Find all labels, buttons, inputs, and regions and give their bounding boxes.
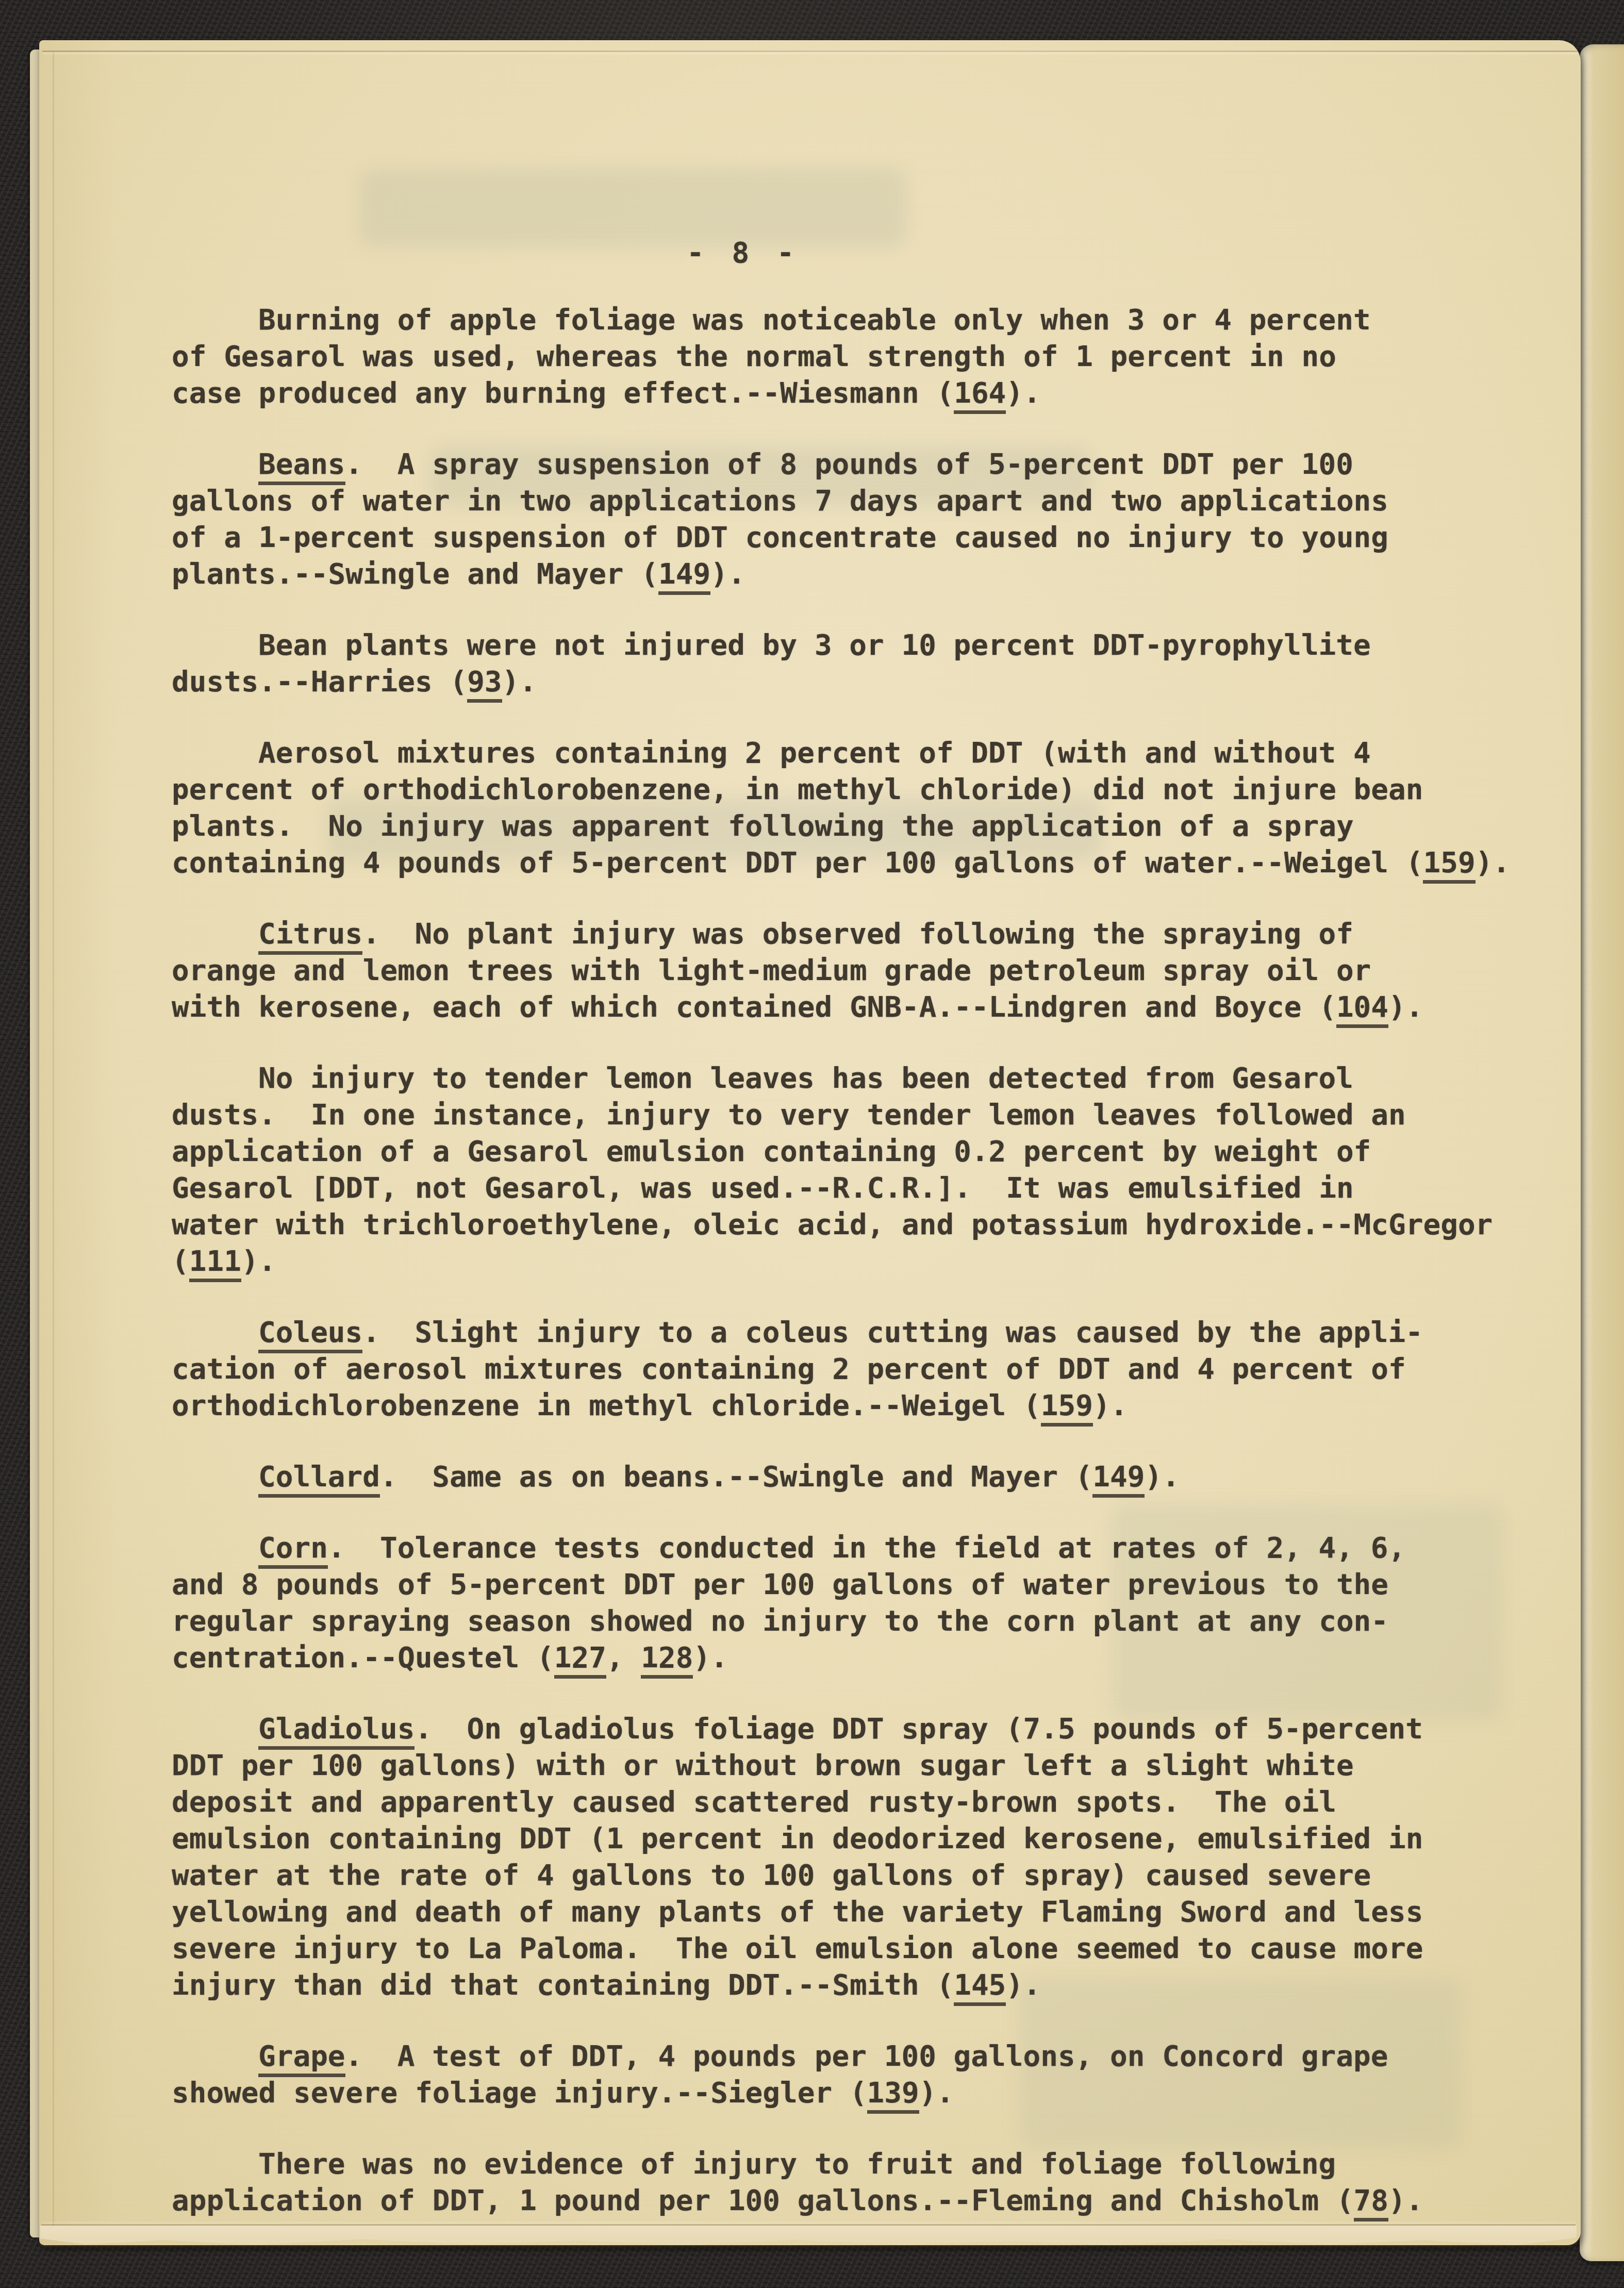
- text-segment: . On gladiolus foliage DDT spray (7.5 po…: [415, 1712, 1422, 1746]
- text-segment: dusts. In one instance, injury to very t…: [172, 1098, 1406, 1132]
- text-segment: . A spray suspension of 8 pounds of 5-pe…: [345, 447, 1353, 481]
- text-line: emulsion containing DDT (1 percent in de…: [172, 1820, 1574, 1857]
- text-segment: ).: [919, 2076, 954, 2110]
- paragraph: No injury to tender lemon leaves has bee…: [172, 1060, 1574, 1280]
- text-line: case produced any burning effect.--Wiesm…: [172, 375, 1574, 411]
- text-line: plants. No injury was apparent following…: [172, 808, 1574, 844]
- text-segment: orthodichlorobenzene in methyl chloride.…: [172, 1389, 1041, 1422]
- text-line: Citrus. No plant injury was observed fol…: [172, 916, 1574, 952]
- text-segment: showed severe foliage injury.--Siegler (: [172, 2076, 867, 2110]
- show-through: [359, 169, 905, 246]
- text-line: with kerosene, each of which contained G…: [172, 989, 1574, 1025]
- text-segment: of a 1-percent suspension of DDT concent…: [172, 521, 1388, 554]
- text-line: Coleus. Slight injury to a coleus cuttin…: [172, 1314, 1574, 1351]
- text-line: deposit and apparently caused scattered …: [172, 1784, 1574, 1820]
- text-line: of a 1-percent suspension of DDT concent…: [172, 519, 1574, 556]
- underlined-text: 128: [641, 1641, 693, 1679]
- text-segment: (: [172, 1245, 189, 1278]
- underlined-text: 159: [1041, 1389, 1093, 1427]
- text-segment: Burning of apple foliage was noticeable …: [258, 303, 1371, 337]
- text-segment: ).: [1388, 990, 1423, 1024]
- text-line: Collard. Same as on beans.--Swingle and …: [172, 1458, 1574, 1495]
- text-segment: application of DDT, 1 pound per 100 gall…: [172, 2184, 1354, 2217]
- text-segment: ).: [1388, 2184, 1423, 2217]
- text-line: Bean plants were not injured by 3 or 10 …: [172, 627, 1574, 664]
- text-segment: regular spraying season showed no injury…: [172, 1604, 1388, 1638]
- underlined-text: 145: [954, 1968, 1006, 2006]
- page-number: - 8 -: [687, 235, 800, 271]
- underlined-text: Gladiolus: [258, 1712, 415, 1750]
- text-segment: application of a Gesarol emulsion contai…: [172, 1135, 1371, 1168]
- text-segment: orange and lemon trees with light-medium…: [172, 954, 1371, 987]
- text-segment: Gesarol [DDT, not Gesarol, was used.--R.…: [172, 1171, 1354, 1205]
- text-line: DDT per 100 gallons) with or without bro…: [172, 1747, 1574, 1784]
- text-line: regular spraying season showed no injury…: [172, 1603, 1574, 1639]
- underlined-text: 93: [467, 665, 502, 703]
- text-segment: ).: [1476, 846, 1510, 880]
- text-line: orange and lemon trees with light-medium…: [172, 952, 1574, 989]
- text-line: application of DDT, 1 pound per 100 gall…: [172, 2182, 1574, 2219]
- text-line: water with trichloroethylene, oleic acid…: [172, 1206, 1574, 1243]
- text-line: centration.--Questel (127, 128).: [172, 1639, 1574, 1676]
- text-line: of Gesarol was used, whereas the normal …: [172, 338, 1574, 375]
- underlined-text: 127: [554, 1641, 606, 1679]
- text-line: plants.--Swingle and Mayer (149).: [172, 556, 1574, 592]
- text-line: injury than did that containing DDT.--Sm…: [172, 1967, 1574, 2003]
- text-segment: . Slight injury to a coleus cutting was …: [362, 1316, 1423, 1349]
- text-segment: containing 4 pounds of 5-percent DDT per…: [172, 846, 1423, 880]
- text-segment: case produced any burning effect.--Wiesm…: [172, 376, 954, 410]
- underlined-text: Coleus: [258, 1316, 362, 1353]
- text-segment: of Gesarol was used, whereas the normal …: [172, 340, 1336, 373]
- text-line: gallons of water in two applications 7 d…: [172, 483, 1574, 519]
- text-line: yellowing and death of many plants of th…: [172, 1894, 1574, 1930]
- next-page-edge: [1580, 44, 1624, 2261]
- text-segment: ).: [502, 665, 537, 699]
- paragraph: Bean plants were not injured by 3 or 10 …: [172, 627, 1574, 700]
- text-segment: . A test of DDT, 4 pounds per 100 gallon…: [345, 2040, 1388, 2073]
- text-line: No injury to tender lemon leaves has bee…: [172, 1060, 1574, 1097]
- paragraph: Citrus. No plant injury was observed fol…: [172, 916, 1574, 1025]
- text-segment: . Tolerance tests conducted in the field…: [328, 1531, 1405, 1565]
- text-segment: gallons of water in two applications 7 d…: [172, 484, 1388, 518]
- text-segment: injury than did that containing DDT.--Sm…: [172, 1968, 954, 2002]
- paragraph: Coleus. Slight injury to a coleus cuttin…: [172, 1314, 1574, 1424]
- text-segment: ,: [606, 1641, 641, 1674]
- scanned-book-photo: { "colors":{ "cover":"#262422", "paper":…: [0, 0, 1624, 2288]
- text-segment: ).: [241, 1245, 276, 1278]
- underlined-text: Corn: [258, 1531, 328, 1569]
- text-line: cation of aerosol mixtures containing 2 …: [172, 1351, 1574, 1387]
- text-line: Burning of apple foliage was noticeable …: [172, 302, 1574, 338]
- text-segment: ).: [693, 1641, 727, 1674]
- text-line: dusts.--Harries (93).: [172, 664, 1574, 700]
- paragraph: Gladiolus. On gladiolus foliage DDT spra…: [172, 1711, 1574, 2003]
- underlined-text: Collard: [258, 1460, 380, 1498]
- text-segment: severe injury to La Paloma. The oil emul…: [172, 1932, 1423, 1965]
- text-segment: water at the rate of 4 gallons to 100 ga…: [172, 1859, 1371, 1892]
- text-segment: cation of aerosol mixtures containing 2 …: [172, 1352, 1406, 1386]
- text-line: Beans. A spray suspension of 8 pounds of…: [172, 446, 1574, 483]
- paragraph: Aerosol mixtures containing 2 percent of…: [172, 735, 1574, 881]
- underlined-text: 111: [189, 1245, 241, 1282]
- paragraph: Corn. Tolerance tests conducted in the f…: [172, 1530, 1574, 1676]
- text-segment: ).: [710, 557, 745, 591]
- paragraph: Burning of apple foliage was noticeable …: [172, 302, 1574, 411]
- text-segment: dusts.--Harries (: [172, 665, 467, 699]
- text-segment: percent of orthodichlorobenzene, in meth…: [172, 773, 1423, 806]
- underlined-text: 78: [1354, 2184, 1388, 2221]
- text-segment: No injury to tender lemon leaves has bee…: [258, 1062, 1353, 1095]
- text-segment: There was no evidence of injury to fruit…: [258, 2147, 1336, 2181]
- page-under-edge: [30, 49, 39, 2237]
- underlined-text: 104: [1336, 990, 1388, 1028]
- text-segment: water with trichloroethylene, oleic acid…: [172, 1208, 1493, 1241]
- crease-line-top: [42, 51, 1578, 52]
- text-segment: ).: [1006, 1968, 1040, 2002]
- text-line: containing 4 pounds of 5-percent DDT per…: [172, 844, 1574, 881]
- text-line: Gladiolus. On gladiolus foliage DDT spra…: [172, 1711, 1574, 1747]
- text-line: percent of orthodichlorobenzene, in meth…: [172, 771, 1574, 808]
- text-segment: Aerosol mixtures containing 2 percent of…: [258, 736, 1371, 770]
- text-line: Corn. Tolerance tests conducted in the f…: [172, 1530, 1574, 1566]
- text-line: There was no evidence of injury to fruit…: [172, 2146, 1574, 2182]
- text-segment: DDT per 100 gallons) with or without bro…: [172, 1749, 1354, 1782]
- text-segment: yellowing and death of many plants of th…: [172, 1895, 1423, 1929]
- text-segment: ).: [1093, 1389, 1128, 1422]
- text-segment: plants. No injury was apparent following…: [172, 809, 1354, 843]
- underlined-text: 164: [954, 376, 1006, 414]
- paragraph: There was no evidence of injury to fruit…: [172, 2146, 1574, 2219]
- text-segment: . Same as on beans.--Swingle and Mayer (: [380, 1460, 1092, 1494]
- text-line: application of a Gesarol emulsion contai…: [172, 1133, 1574, 1170]
- text-line: dusts. In one instance, injury to very t…: [172, 1097, 1574, 1133]
- text-line: Aerosol mixtures containing 2 percent of…: [172, 735, 1574, 771]
- text-segment: plants.--Swingle and Mayer (: [172, 557, 658, 591]
- text-segment: emulsion containing DDT (1 percent in de…: [172, 1822, 1423, 1855]
- paragraph: Grape. A test of DDT, 4 pounds per 100 g…: [172, 2038, 1574, 2111]
- text-line: orthodichlorobenzene in methyl chloride.…: [172, 1387, 1574, 1424]
- text-segment: . No plant injury was observed following…: [362, 917, 1353, 951]
- crease-line-left: [53, 53, 54, 2228]
- underlined-text: 159: [1423, 846, 1475, 884]
- underlined-text: Citrus: [258, 917, 362, 955]
- text-line: showed severe foliage injury.--Siegler (…: [172, 2075, 1574, 2111]
- underlined-text: Beans: [258, 447, 345, 485]
- paragraph: Collard. Same as on beans.--Swingle and …: [172, 1458, 1574, 1495]
- underlined-text: Grape: [258, 2040, 345, 2077]
- text-line: and 8 pounds of 5-percent DDT per 100 ga…: [172, 1566, 1574, 1603]
- underlined-text: 139: [867, 2076, 919, 2114]
- text-line: Gesarol [DDT, not Gesarol, was used.--R.…: [172, 1170, 1574, 1206]
- text-segment: deposit and apparently caused scattered …: [172, 1785, 1336, 1819]
- page-text: Burning of apple foliage was noticeable …: [172, 302, 1574, 2253]
- text-segment: Bean plants were not injured by 3 or 10 …: [258, 628, 1371, 662]
- text-segment: with kerosene, each of which contained G…: [172, 990, 1336, 1024]
- text-line: water at the rate of 4 gallons to 100 ga…: [172, 1857, 1574, 1894]
- underlined-text: 149: [1092, 1460, 1145, 1498]
- text-segment: ).: [1006, 376, 1040, 410]
- text-segment: centration.--Questel (: [172, 1641, 554, 1674]
- text-line: severe injury to La Paloma. The oil emul…: [172, 1930, 1574, 1967]
- document-page: - 8 - Burning of apple foliage was notic…: [39, 40, 1581, 2245]
- text-segment: ).: [1145, 1460, 1179, 1494]
- text-line: (111).: [172, 1243, 1574, 1280]
- text-line: Grape. A test of DDT, 4 pounds per 100 g…: [172, 2038, 1574, 2075]
- paragraph: Beans. A spray suspension of 8 pounds of…: [172, 446, 1574, 592]
- underlined-text: 149: [658, 557, 710, 595]
- text-segment: and 8 pounds of 5-percent DDT per 100 ga…: [172, 1568, 1388, 1601]
